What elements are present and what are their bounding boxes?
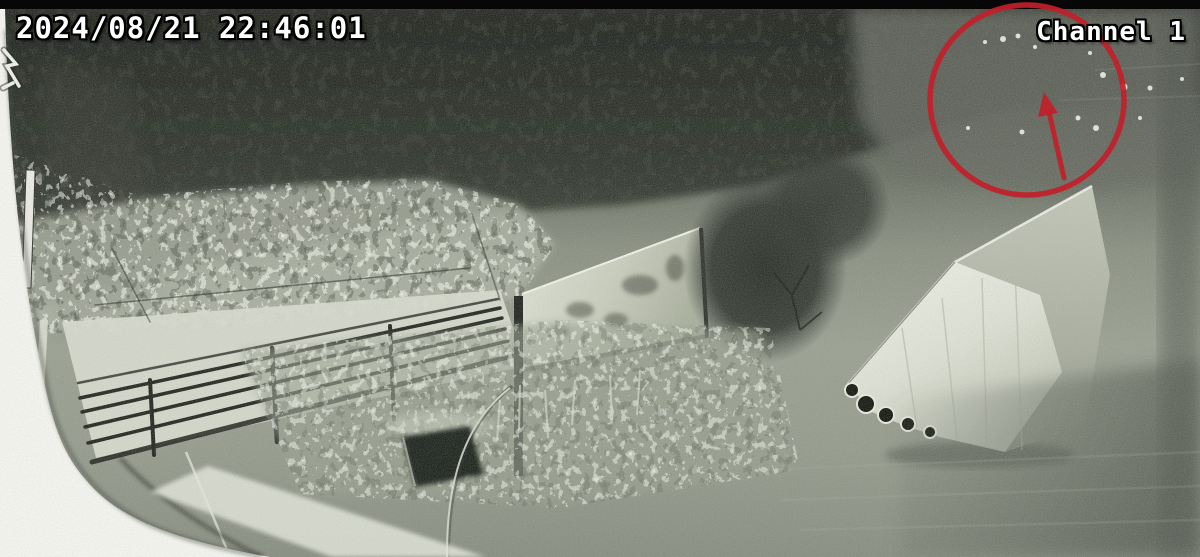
osd-timestamp: 2024/08/21 22:46:01 [16, 11, 367, 45]
scene-illustration [0, 0, 1200, 557]
cctv-still-frame: 2024/08/21 22:46:01 Channel 1 [0, 0, 1200, 557]
osd-channel-label: Channel 1 [1036, 17, 1186, 47]
film-grain-overlay [0, 8, 1200, 557]
